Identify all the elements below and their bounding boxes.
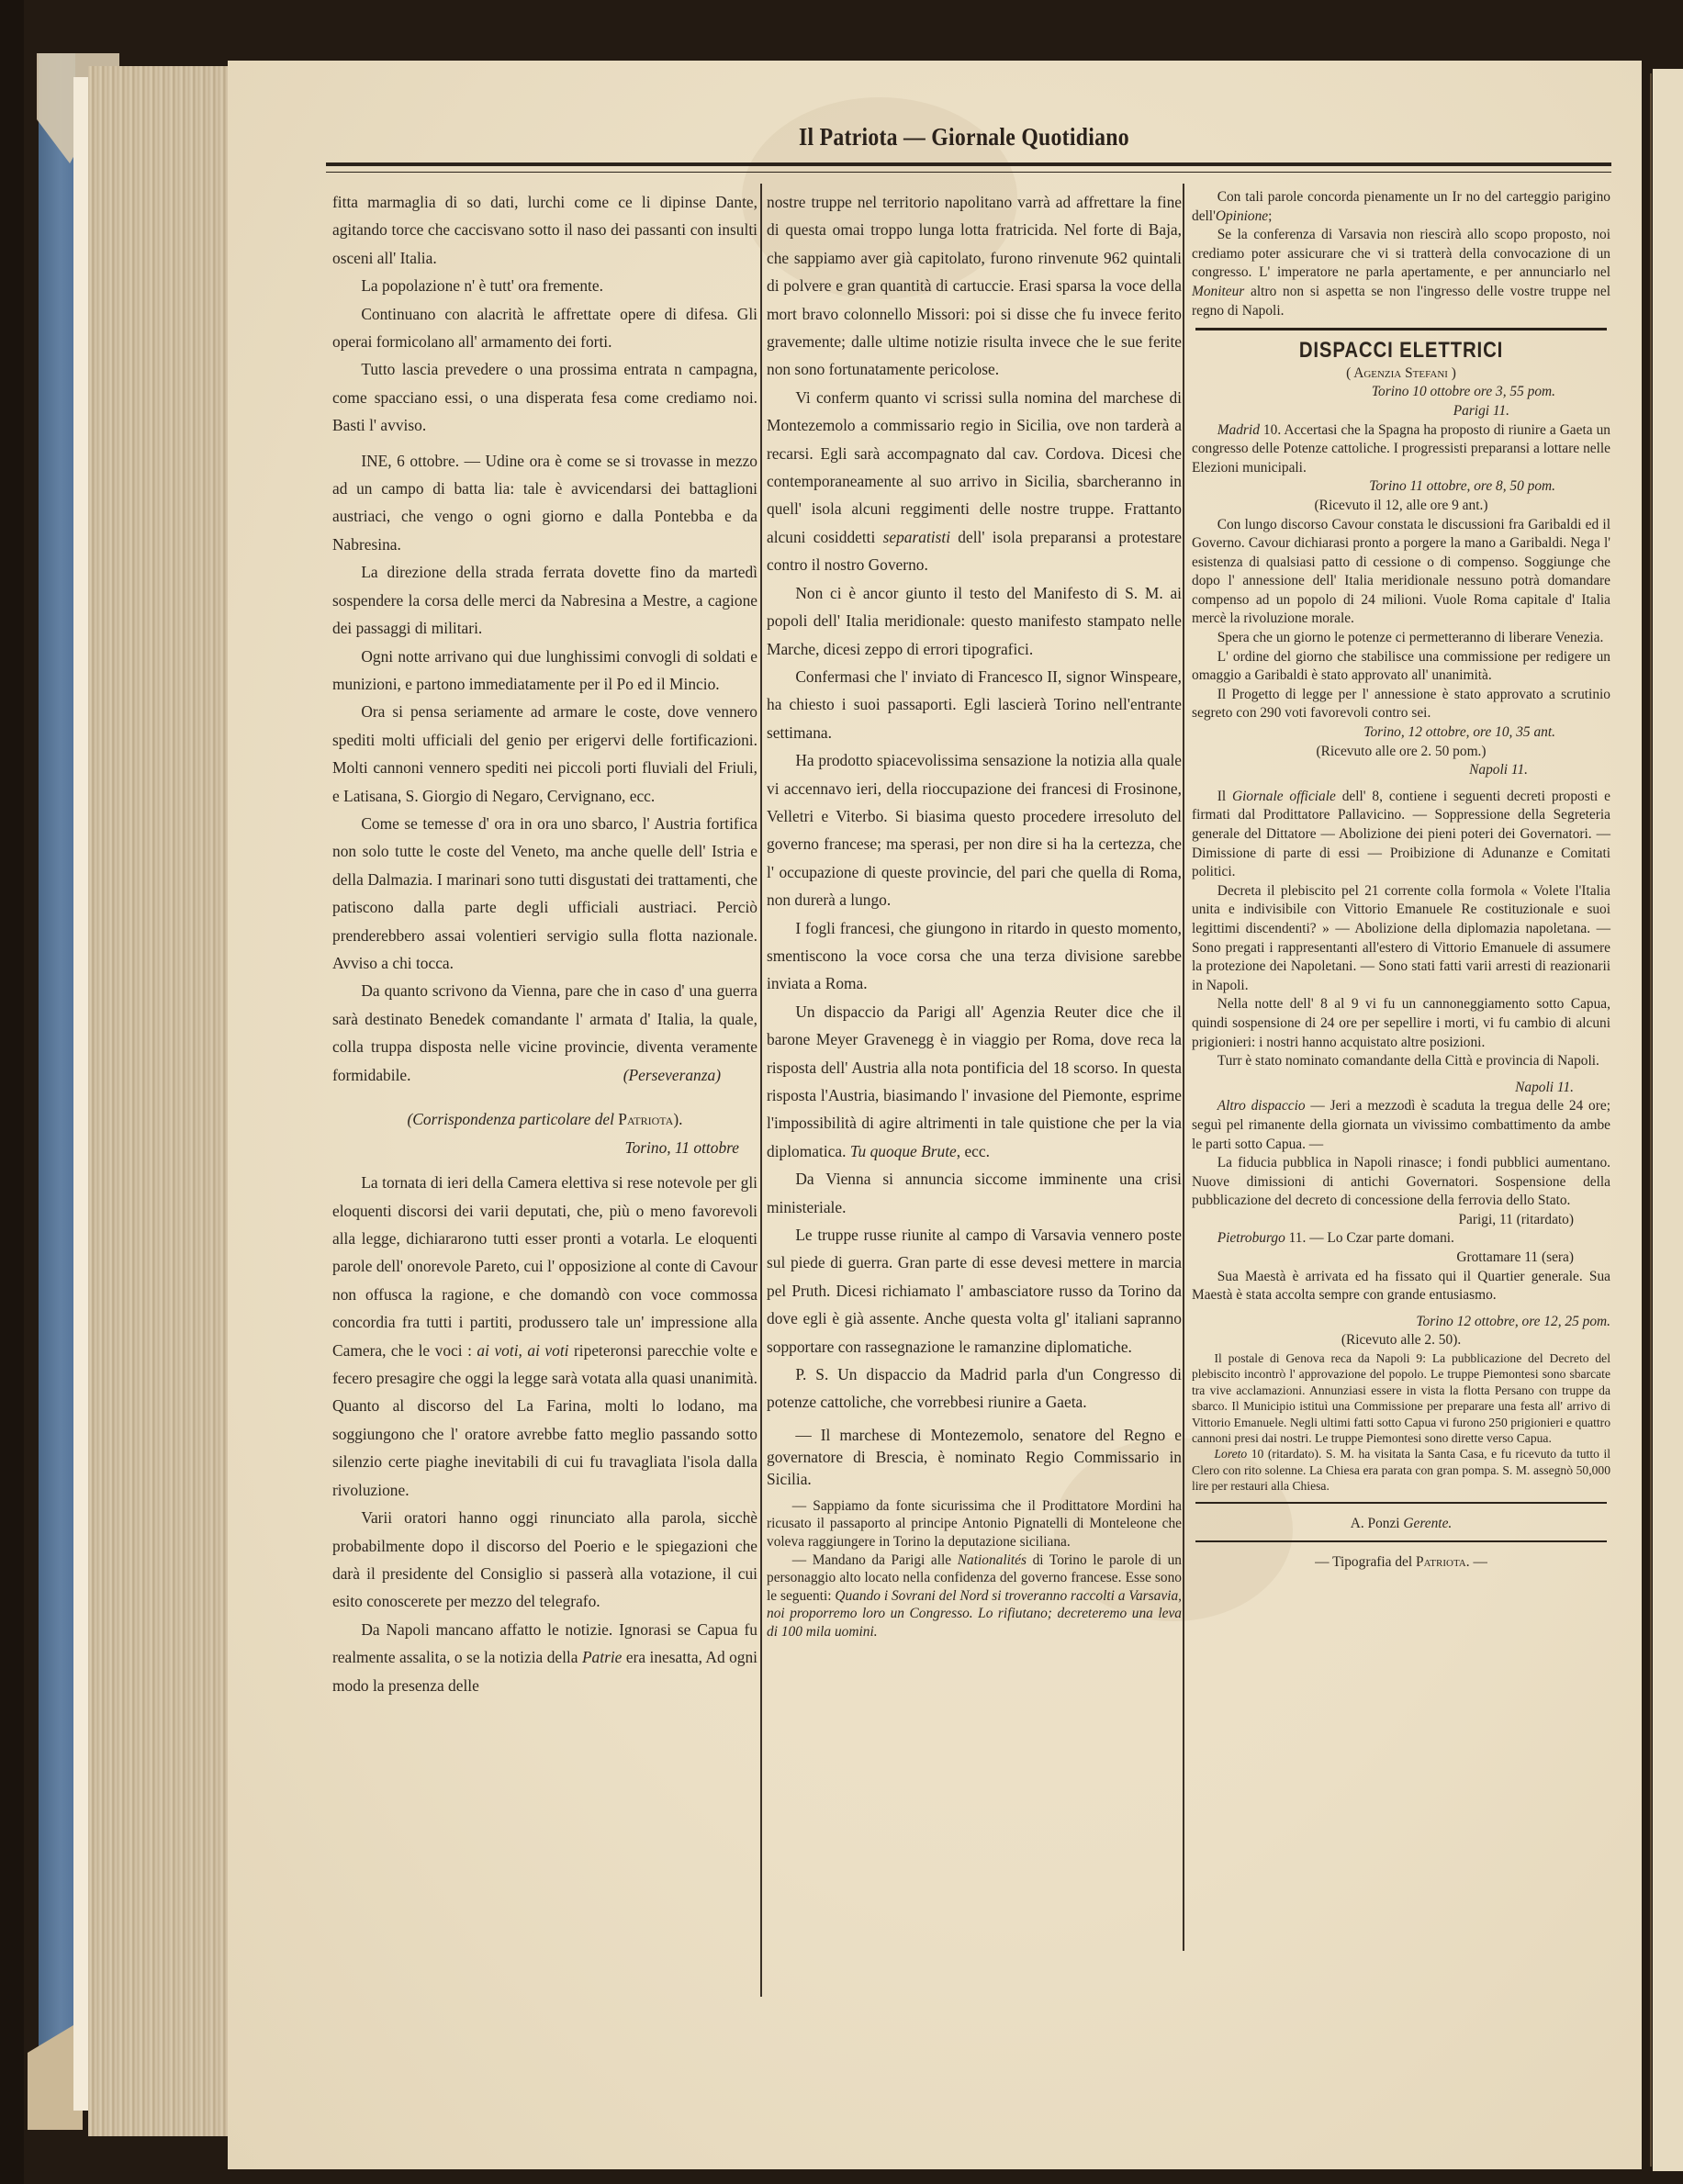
text: altro non si aspetta se non l'ingresso d… [1192,284,1610,319]
text: La tornata di ieri della Camera elettiva… [332,1173,757,1359]
paragraph: fitta marmaglia di so dati, lurchi come … [332,188,757,272]
dispatch-place: Parigi 11. [1192,402,1610,421]
dispatch-text: La fiducia pubblica in Napoli rinasce; i… [1192,1154,1610,1211]
paragraph: La tornata di ieri della Camera elettiva… [332,1169,757,1504]
dateline: Torino, 11 ottobre [332,1134,757,1161]
book-cover-blue [39,53,75,2123]
text-italic: Giornale officiale [1232,789,1336,804]
dispatch-text: Il postale di Genova reca da Napoli 9: L… [1192,1350,1610,1446]
text: Un dispaccio da Parigi all' Agenzia Reut… [767,1002,1182,1160]
section-heading: DISPACCI ELETTRICI [1223,342,1579,361]
dispatch-text: Altro dispaccio — Jeri a mezzodì è scadu… [1192,1097,1610,1154]
dispatch-text: Pietroburgo 11. — Lo Czar parte domani. [1192,1229,1610,1249]
text-italic: Altro dispaccio [1217,1098,1306,1114]
section-rule [1195,1502,1607,1507]
text: — Tipografia del [1315,1554,1416,1570]
heading-text: ). [673,1110,682,1128]
text-italic: ai voti, ai voti [477,1341,568,1360]
text: . — [1466,1554,1487,1570]
correspondence-heading: (Corrispondenza particolare del Patriota… [332,1105,757,1133]
text-italic: Opinione [1216,208,1268,224]
received-note: (Ricevuto alle ore 2. 50 pom.) [1192,743,1610,762]
dispatch-text: Nella notte dell' 8 al 9 vi fu un cannon… [1192,995,1610,1052]
text-italic: Tu quoque Brute [850,1142,957,1160]
printer-footer: — Tipografia del Patriota. — [1192,1553,1610,1573]
gerente-line: A. Ponzi Gerente. [1192,1515,1610,1534]
paragraph: Un dispaccio da Parigi all' Agenzia Reut… [767,998,1182,1165]
dispatch-text: Decreta il plebiscito pel 21 corrente co… [1192,882,1610,996]
place-italic: Pietroburgo [1217,1230,1285,1246]
paragraph: INE, 6 ottobre. — Udine ora è come se si… [332,447,757,559]
dispatch-text: Il Progetto di legge per l' annessione è… [1192,686,1610,723]
text: Vi conferm quanto vi scrissi sulla nomin… [767,388,1182,546]
section-rule [1195,1540,1607,1546]
dispatch-text: Spera che un giorno le potenze ci permet… [1192,629,1610,648]
paragraph: Ha prodotto spiacevolissima sensazione l… [767,746,1182,913]
dispatch-text: Madrid 10. Accertasi che la Spagna ha pr… [1192,421,1610,478]
paragraph: Varii oratori hanno oggi rinunciato alla… [332,1504,757,1616]
dispatch-place: Napoli 11. [1192,1079,1610,1098]
received-note: (Ricevuto alle 2. 50). [1192,1331,1610,1350]
masthead: Il Patriota — Giornale Quotidiano [799,123,1154,151]
paragraph: Ogni notte arrivano qui due lunghissimi … [332,643,757,699]
column-divider [760,184,762,1997]
place-italic: Madrid [1217,422,1260,438]
place-italic: Loreto [1214,1447,1247,1461]
paragraph: Le truppe russe riunite al campo di Vars… [767,1221,1182,1361]
dateline: Torino, 12 ottobre, ore 10, 35 ant. [1192,723,1610,743]
paragraph: Ora si pensa seriamente ad armare le cos… [332,698,757,810]
paragraph: La popolazione n' è tutt' ora fremente. [332,272,757,299]
column-2: nostre truppe nel territorio napolitano … [767,188,1182,1641]
text-italic: separatisti [883,528,950,546]
page-fold [1650,73,1652,2167]
paragraph: nostre truppe nel territorio napolitano … [767,188,1182,384]
dispatch-text: Sua Maestà è arrivata ed ha fissato qui … [1192,1268,1610,1305]
dateline: Torino 12 ottobre, ore 12, 25 pom. [1192,1313,1610,1332]
paragraph: Con tali parole concorda pienamente un I… [1192,188,1610,226]
paragraph: Confermasi che l' inviato di Francesco I… [767,663,1182,746]
dispatch-text: Loreto 10 (ritardato). S. M. ha visitata… [1192,1446,1610,1494]
paragraph: — Sappiamo da fonte sicurissima che il P… [767,1497,1182,1551]
paragraph: Se la conferenza di Varsavia non riescir… [1192,226,1610,320]
dateline: Torino 10 ottobre ore 3, 55 pom. [1192,383,1610,402]
paragraph: Tutto lascia prevedere o una prossima en… [332,355,757,439]
heading-paper-name: Patriota [618,1110,673,1128]
text: 10 (ritardato). S. M. ha visitata la San… [1192,1447,1610,1493]
paragraph: Continuano con alacrità le affrettate op… [332,300,757,356]
section-subheading: ( Agenzia Stefani ) [1192,364,1610,384]
column-3: Con tali parole concorda pienamente un I… [1192,188,1610,1573]
page-edges [88,66,230,2136]
text-italic: Nationalités [958,1552,1027,1568]
dispatch-text: L' ordine del giorno che stabilisce una … [1192,648,1610,686]
dispatch-text: Il Giornale officiale dell' 8, contiene … [1192,788,1610,882]
paragraph: Da Vienna si annuncia siccome imminente … [767,1165,1182,1221]
text-italic: Patrie [582,1648,622,1666]
dispatch-place: Napoli 11. [1192,761,1610,780]
paragraph: I fogli francesi, che giungono in ritard… [767,914,1182,998]
endpaper [73,77,88,2111]
paragraph: Da Napoli mancano affatto le notizie. Ig… [332,1616,757,1699]
text: Il [1217,789,1232,804]
heading-text: (Corrispondenza particolare del [408,1110,619,1128]
dispatch-text: Con lungo discorso Cavour constata le di… [1192,516,1610,630]
dispatch-place: Grottamare 11 (sera) [1192,1249,1610,1268]
next-page-edge [1653,69,1683,2171]
section-rule [1195,328,1607,334]
column-divider [1183,184,1184,1951]
paper-name: Patriota [1416,1554,1466,1570]
paragraph: Non ci è ancor giunto il testo del Manif… [767,579,1182,663]
text: ; [1268,208,1272,224]
text: , ecc. [957,1142,990,1160]
gerente-title: Gerente. [1403,1516,1452,1531]
paragraph: Come se temesse d' ora in ora uno sbarco… [332,810,757,977]
paragraph: — Il marchese di Montezemolo, senatore d… [767,1424,1182,1490]
paragraph: P. S. Un dispaccio da Madrid parla d'un … [767,1361,1182,1417]
dispatch-text: Turr è stato nominato comandante della C… [1192,1052,1610,1071]
masthead-rule [326,162,1611,173]
paragraph: Vi conferm quanto vi scrissi sulla nomin… [767,384,1182,579]
scanner-frame-edge [0,0,24,2184]
dateline: Torino 11 ottobre, ore 8, 50 pom. [1192,477,1610,497]
text: 11. — Lo Czar parte domani. [1285,1230,1454,1246]
dispatch-place: Parigi, 11 (ritardato) [1192,1211,1610,1230]
paragraph: La direzione della strada ferrata dovett… [332,558,757,642]
text: Se la conferenza di Varsavia non riescir… [1192,227,1610,280]
gerente-name: A. Ponzi [1351,1516,1404,1531]
paragraph: — Mandano da Parigi alle Nationalités di… [767,1551,1182,1641]
text: ripeteronsi parecchie volte e fecero pre… [332,1341,757,1499]
text: — Mandano da Parigi alle [792,1552,951,1568]
text-italic: Moniteur [1192,284,1244,299]
column-1: fitta marmaglia di so dati, lurchi come … [332,188,757,1699]
received-note: (Ricevuto il 12, alle ore 9 ant.) [1192,497,1610,516]
